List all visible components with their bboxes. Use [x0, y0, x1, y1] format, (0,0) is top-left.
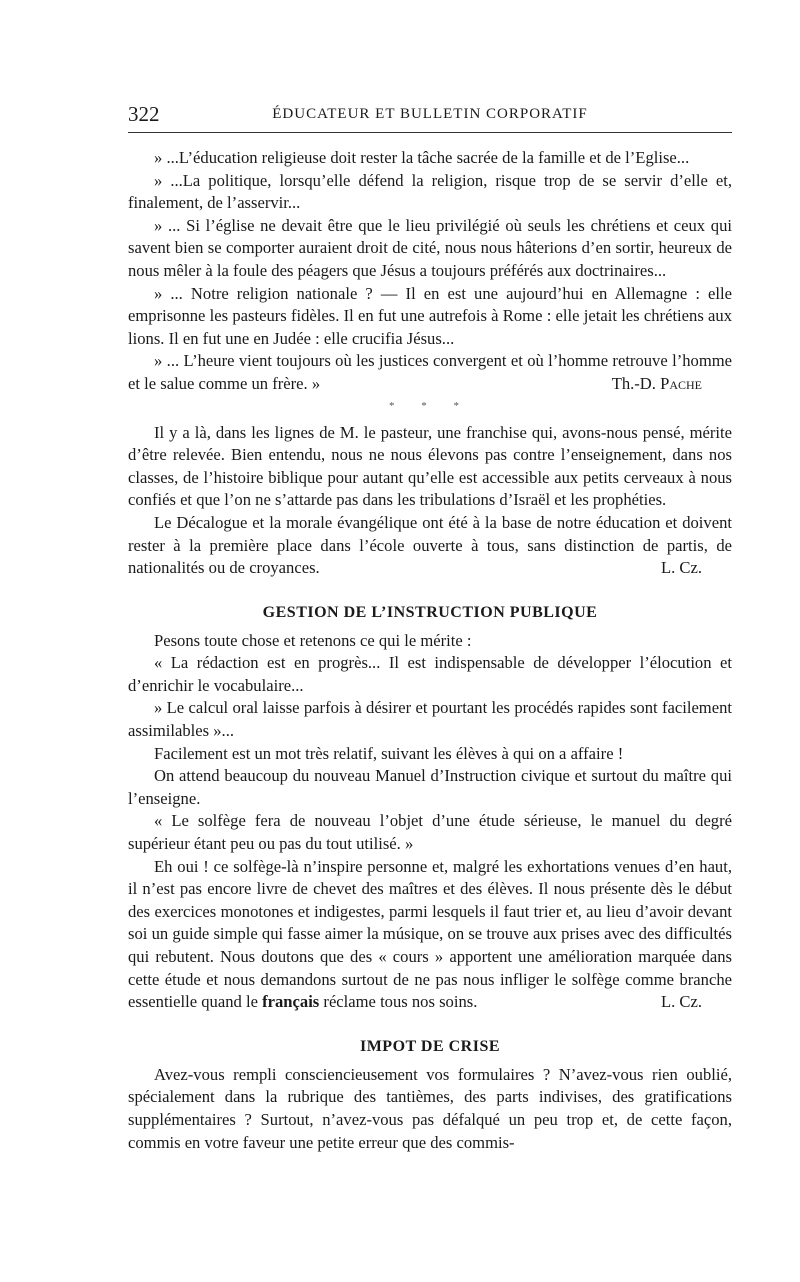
gestion-paragraph: On attend beaucoup du nouveau Manuel d’I…	[128, 765, 732, 810]
gestion-paragraph: Pesons toute chose et retenons ce qui le…	[128, 630, 732, 653]
comment-section: Il y a là, dans les lignes de M. le past…	[128, 422, 732, 580]
page-header: 322 ÉDUCATEUR ET BULLETIN CORPORATIF	[128, 100, 732, 130]
quote-paragraph: » ...La politique, lorsqu’elle défend la…	[128, 170, 732, 215]
document-page: 322 ÉDUCATEUR ET BULLETIN CORPORATIF » .…	[128, 100, 732, 1154]
gestion-paragraph: Facilement est un mot très relatif, suiv…	[128, 743, 732, 766]
bold-word: français	[262, 992, 319, 1011]
gestion-paragraph: « Le solfège fera de nouveau l’objet d’u…	[128, 810, 732, 855]
gestion-text: Eh oui ! ce solfège-là n’inspire personn…	[128, 857, 732, 1012]
author-signature: Th.-D. Pache	[586, 373, 732, 396]
impot-paragraph: Avez-vous rempli consciencieusement vos …	[128, 1064, 732, 1154]
section-title: GESTION DE L’INSTRUCTION PUBLIQUE	[128, 604, 732, 622]
running-title: ÉDUCATEUR ET BULLETIN CORPORATIF	[128, 106, 732, 123]
impot-section: IMPOT DE CRISE Avez-vous rempli conscien…	[128, 1038, 732, 1154]
quote-paragraph: » ... Si l’église ne devait être que le …	[128, 215, 732, 283]
author-signature: L. Cz.	[635, 991, 732, 1014]
comment-paragraph-last: Le Décalogue et la morale évangélique on…	[128, 512, 732, 580]
quote-paragraph: » ...L’éducation religieuse doit rester …	[128, 147, 732, 170]
signature-initials: Th.-D.	[612, 374, 660, 393]
signature-name: Pache	[660, 374, 702, 393]
quote-paragraph: » ... Notre religion nationale ? — Il en…	[128, 283, 732, 351]
section-title: IMPOT DE CRISE	[128, 1038, 732, 1056]
gestion-paragraph: » Le calcul oral laisse parfois à désire…	[128, 697, 732, 742]
gestion-section: GESTION DE L’INSTRUCTION PUBLIQUE Pesons…	[128, 604, 732, 1014]
gestion-paragraph: « La rédaction est en progrès... Il est …	[128, 652, 732, 697]
section-separator: * * *	[128, 400, 732, 412]
quote-paragraph-last: » ... L’heure vient toujours où les just…	[128, 350, 732, 395]
author-signature: L. Cz.	[635, 557, 732, 580]
header-rule	[128, 132, 732, 133]
comment-paragraph: Il y a là, dans les lignes de M. le past…	[128, 422, 732, 512]
gestion-paragraph-last: Eh oui ! ce solfège-là n’inspire personn…	[128, 856, 732, 1014]
gestion-text-end: réclame tous nos soins.	[319, 992, 477, 1011]
quote-section: » ...L’éducation religieuse doit rester …	[128, 147, 732, 412]
